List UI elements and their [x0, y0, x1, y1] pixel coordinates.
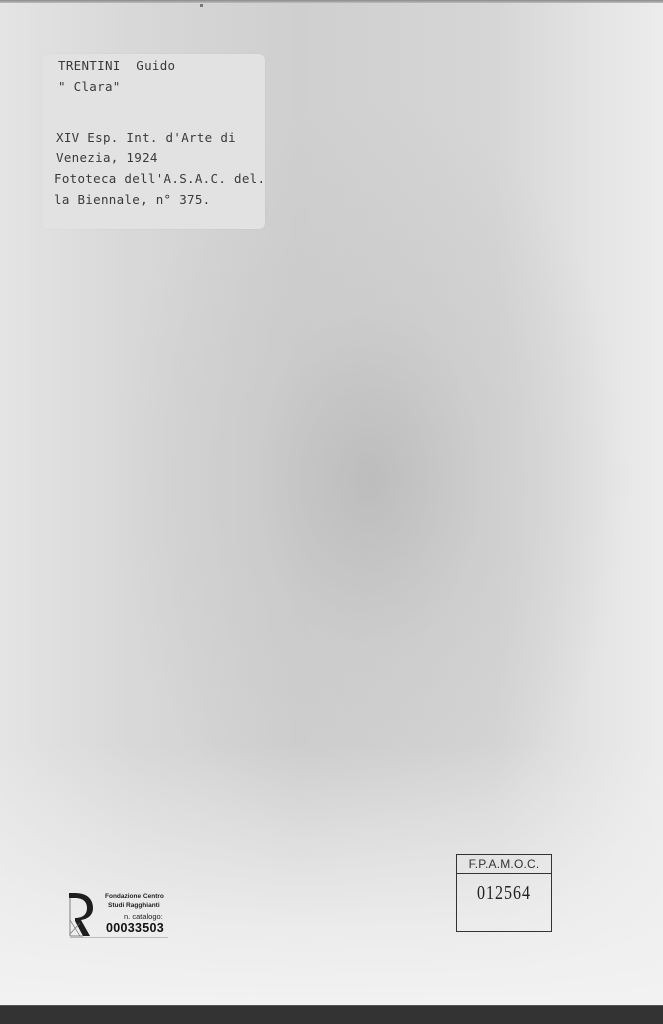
scanner-bottom-band	[0, 1005, 663, 1024]
label-artist-line: TRENTINI Guido	[58, 60, 175, 73]
typed-label-card: TRENTINI Guido " Clara" XIV Esp. Int. d'…	[42, 54, 265, 229]
foundation-name-line2: Studi Ragghianti	[108, 902, 160, 909]
fondazione-ragghianti-r-logo-icon	[66, 890, 96, 938]
label-exhibition-line: XIV Esp. Int. d'Arte di	[56, 132, 236, 145]
scan-top-edge	[0, 0, 663, 3]
catalog-number-label: n. catalogo:	[124, 912, 163, 921]
stamp-underline	[70, 937, 168, 938]
foundation-name-line1: Fondazione Centro	[105, 893, 164, 900]
catalog-number: 00033503	[106, 921, 164, 935]
label-archive-number-line: la Biennale, n° 375.	[54, 194, 211, 207]
fpamoc-inventory-number: 012564	[457, 883, 551, 906]
fpamoc-stamp-header: F.P.A.M.O.C.	[457, 855, 551, 874]
fpamoc-inventory-stamp: F.P.A.M.O.C. 012564	[456, 854, 552, 932]
foundation-catalog-stamp: Fondazione Centro Studi Ragghianti n. ca…	[64, 888, 174, 940]
label-archive-line: Fototeca dell'A.S.A.C. del.	[54, 173, 265, 186]
dust-speck	[200, 4, 203, 7]
label-title-line: " Clara"	[58, 81, 121, 94]
label-venue-year-line: Venezia, 1924	[56, 152, 158, 165]
